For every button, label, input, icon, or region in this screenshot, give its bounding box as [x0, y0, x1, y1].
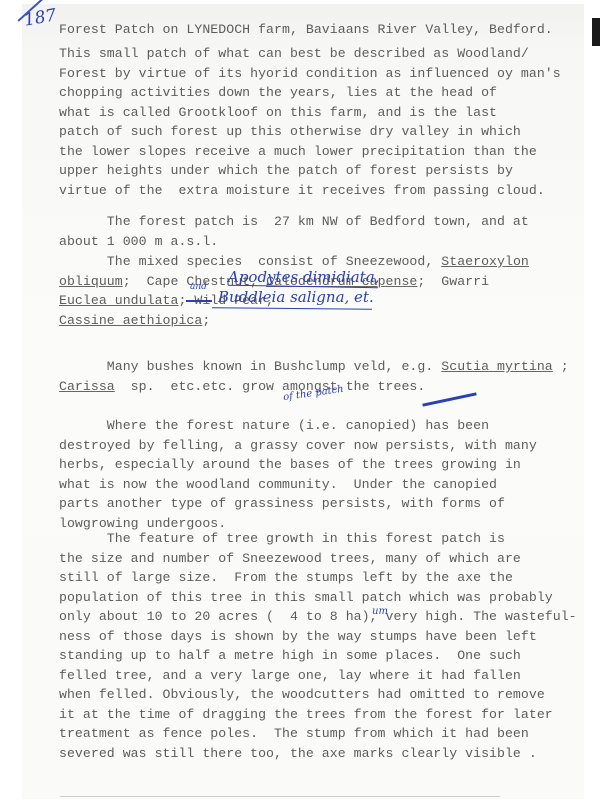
body-line: lowgrowing undergoos. [59, 516, 226, 532]
body-line: it at the time of dragging the trees fro… [59, 707, 553, 723]
handwritten-buddleia: Buddleia saligna, et. [218, 288, 374, 306]
handwritten-and: and [190, 282, 207, 292]
body-line: about 1 000 m a.s.l. [59, 234, 218, 250]
body-line: This small patch of what can best be des… [59, 46, 529, 62]
body-line: Forest by virtue of its hyorid condition… [59, 66, 561, 82]
body-line: The forest patch is 27 km NW of Bedford … [59, 214, 529, 230]
body-line: ness of those days is shown by the way s… [59, 629, 537, 645]
body-line: felled tree, and a very large one, lay w… [59, 668, 521, 684]
body-line: Where the forest nature (i.e. canopied) … [59, 418, 489, 434]
body-line: Carissa sp. etc.etc. grow amongst the tr… [59, 379, 425, 395]
body-line: what is now the woodland community. Unde… [59, 477, 497, 493]
body-line: chopping activities down the years, lies… [59, 85, 497, 101]
body-line: patch of such forest up this otherwise d… [59, 124, 521, 140]
body-line: only about 10 to 20 acres ( 4 to 8 ha), … [59, 609, 577, 625]
handwritten-um: um [372, 606, 388, 617]
body-line: still of large size. From the stumps lef… [59, 570, 513, 586]
species-name: obliquum [59, 274, 123, 289]
body-line: Many bushes known in Bushclump veld, e.g… [59, 359, 569, 375]
body-line: destroyed by felling, a grassy cover now… [59, 438, 537, 454]
body-line: treatment as fence poles. The stump from… [59, 726, 529, 742]
strikeout-mark [186, 300, 212, 302]
body-line: The feature of tree growth in this fores… [59, 531, 505, 547]
document-title: Forest Patch on LYNEDOCH farm, Baviaans … [59, 22, 553, 38]
body-line: when felled. Obviously, the woodcutters … [59, 687, 545, 703]
body-line: severed was still there too, the axe mar… [59, 746, 537, 762]
species-name: Staeroxylon [441, 254, 529, 269]
body-line: the size and number of Sneezewood trees,… [59, 551, 521, 567]
species-name: Scutia myrtina [441, 359, 553, 374]
species-name: Carissa [59, 379, 115, 394]
body-line: parts another type of grassiness persist… [59, 496, 505, 512]
body-line: virtue of the extra moisture it receives… [59, 183, 545, 199]
species-name: Euclea undulata [59, 293, 178, 308]
scan-edge-shadow [592, 18, 600, 46]
body-line: standing up to half a metre high in some… [59, 648, 521, 664]
body-line: population of this tree in this small pa… [59, 590, 553, 606]
body-line: what is called Grootkloof on this farm, … [59, 105, 497, 121]
page-bottom-edge [60, 796, 500, 797]
species-name: Cassine aethiopica [59, 313, 202, 328]
body-line: Cassine aethiopica; [59, 313, 218, 329]
body-line: upper heights under which the patch of f… [59, 163, 513, 179]
handwritten-apodytes: Apodytes dimidiata, [228, 268, 379, 286]
body-line: the lower slopes receive a much lower pr… [59, 144, 537, 160]
body-line: herbs, especially around the bases of th… [59, 457, 521, 473]
